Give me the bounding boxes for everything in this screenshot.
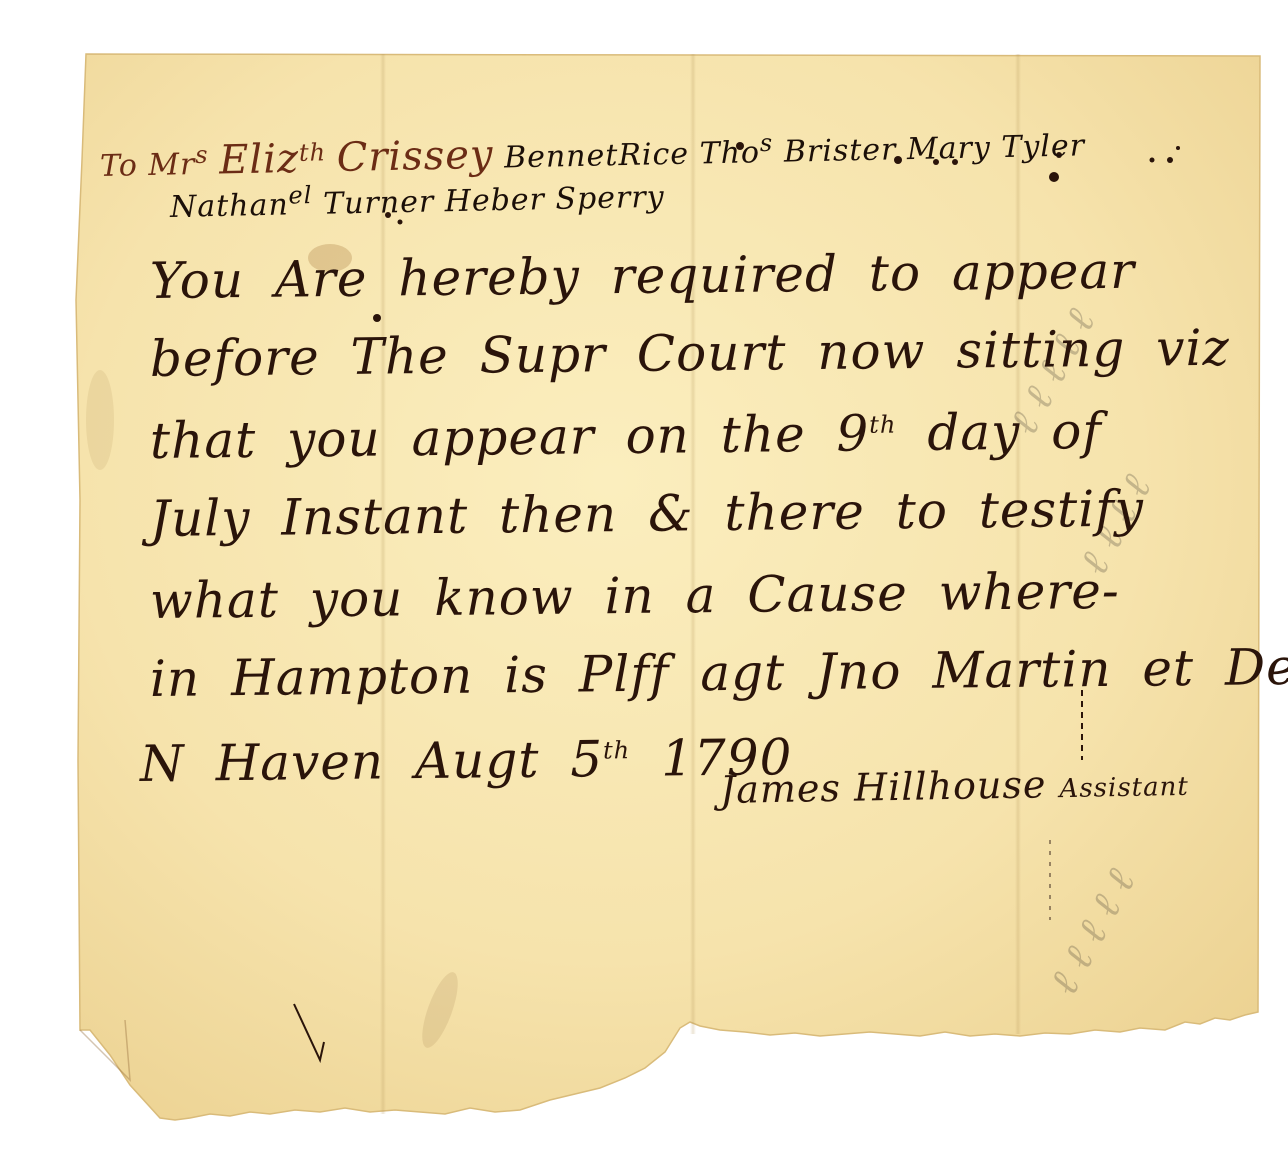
closing-date: N Haven Augt 5th 1790 — [140, 728, 793, 793]
document-scan: ℓ ℓ ℓ ℓ ℓ ℓ ℓ ℓ ℓ ℓ ℓ ℓ ℓ ℓ To Mrs Elizt… — [0, 0, 1288, 1162]
closing-day: 5 — [570, 730, 603, 788]
body-line-3-sup: th — [869, 411, 896, 439]
body-line-4-text: July Instant then & there to testify — [150, 480, 1145, 548]
body-line-2: before The Supr Court now sitting viz — [150, 319, 1230, 388]
signature-name: James Hillhouse — [720, 762, 1047, 812]
address-turner-heber-sperry: Turner Heber Sperry — [323, 180, 665, 222]
address-name-tho: Tho — [699, 135, 760, 171]
body-line-3-text-a: that you appear on the 9 — [150, 404, 870, 470]
check-mark-icon — [290, 1000, 330, 1070]
body-line-6: in Hampton is Plff agt Jno Martin et Def… — [150, 637, 1288, 708]
address-honorific-sup: s — [195, 141, 209, 169]
address-nathan-sup: el — [288, 181, 312, 209]
body-line-3-text-b: day of — [896, 402, 1102, 462]
signature: James Hillhouse Assistant — [720, 760, 1189, 812]
closing-place: N Haven — [140, 732, 385, 793]
address-name-crissey: Crissey — [336, 132, 494, 181]
address-name-tyler: Tyler — [1001, 128, 1085, 165]
address-name-brister: Brister — [784, 132, 897, 169]
body-line-2-text: before The Supr Court now sitting viz — [150, 319, 1230, 388]
closing-day-sup: th — [603, 736, 630, 764]
body-line-1: You Are hereby required to appear — [150, 242, 1136, 310]
body-line-4: July Instant then & there to testify — [150, 480, 1145, 548]
address-eliz-sup: th — [299, 138, 327, 167]
address-tho-sup: s — [760, 129, 774, 157]
address-name-rice: Rice — [618, 137, 689, 173]
signature-title: Assistant — [1059, 772, 1189, 804]
address-name-mary: Mary — [907, 130, 992, 167]
address-prefix: To — [100, 148, 138, 184]
address-honorific: Mr — [148, 147, 196, 183]
address-name-bennet: Bennet — [504, 138, 619, 175]
address-nathan: Nathan — [170, 188, 289, 225]
body-line-3: that you appear on the 9th day of — [150, 402, 1102, 470]
address-name-eliz: Eliz — [219, 136, 300, 184]
body-line-6-text: in Hampton is Plff agt Jno Martin et Def… — [150, 637, 1288, 708]
body-line-1-text: You Are hereby required to appear — [150, 242, 1136, 310]
body-line-5: what you know in a Cause where- — [150, 562, 1120, 630]
closing-month: Augt — [415, 731, 540, 790]
body-line-5-text: what you know in a Cause where- — [150, 562, 1120, 630]
